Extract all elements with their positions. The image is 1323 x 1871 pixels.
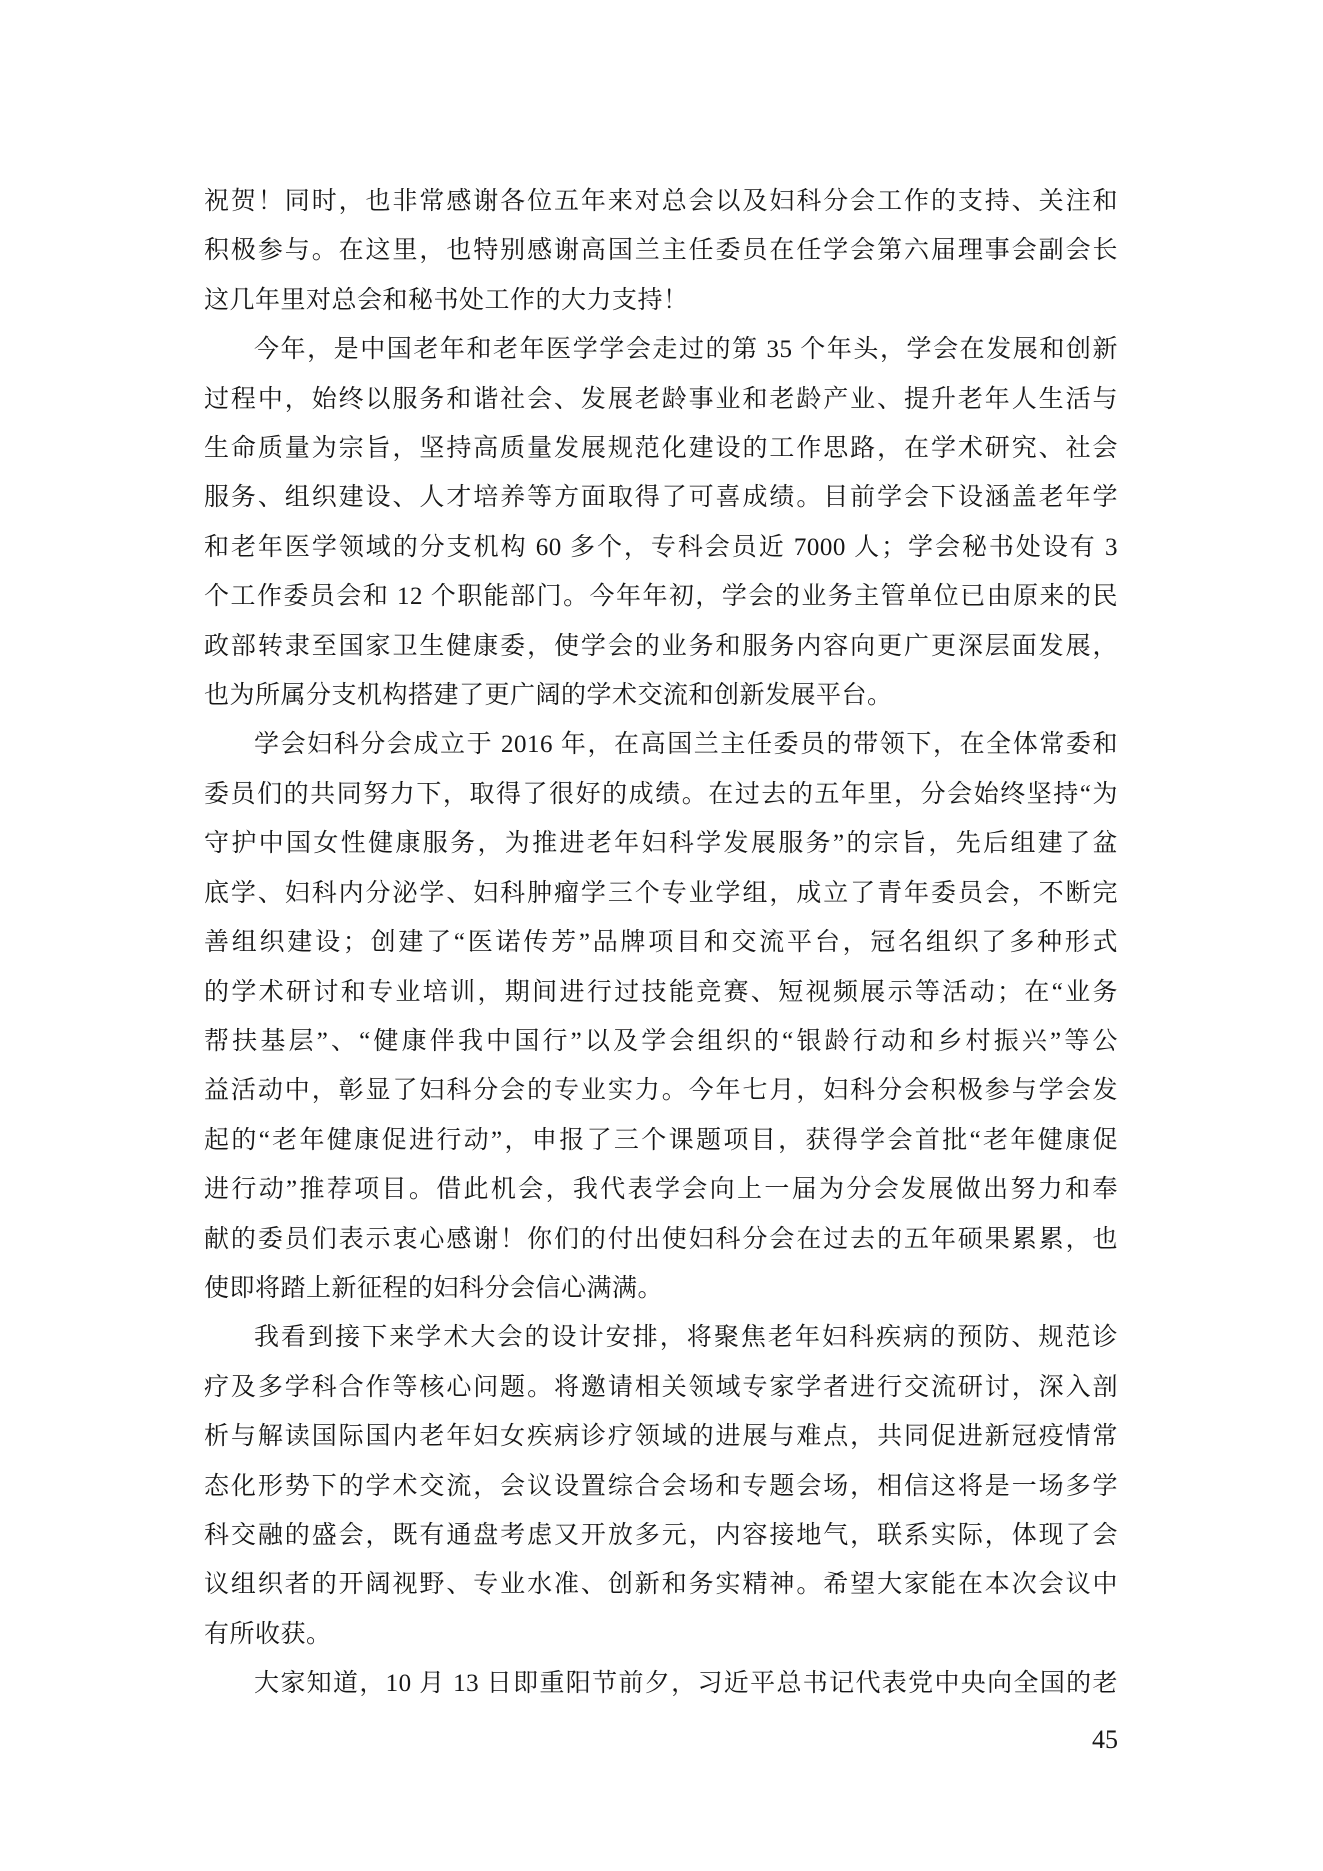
text-line: 生命质量为宗旨，坚持高质量发展规范化建设的工作思路，在学术研究、社会 bbox=[204, 424, 1118, 473]
text-line: 的学术研讨和专业培训，期间进行过技能竞赛、短视频展示等活动；在“业务 bbox=[204, 968, 1118, 1017]
text-line: 和老年医学领域的分支机构 60 多个，专科会员近 7000 人；学会秘书处设有 … bbox=[204, 523, 1118, 572]
text-line: 疗及多学科合作等核心问题。将邀请相关领域专家学者进行交流研讨，深入剖 bbox=[204, 1363, 1118, 1412]
text-line: 过程中，始终以服务和谐社会、发展老龄事业和老龄产业、提升老年人生活与 bbox=[204, 375, 1118, 424]
text-line: 科交融的盛会，既有通盘考虑又开放多元，内容接地气，联系实际，体现了会 bbox=[204, 1511, 1118, 1560]
text-line: 有所收获。 bbox=[204, 1610, 1118, 1659]
text-line: 积极参与。在这里，也特别感谢高国兰主任委员在任学会第六届理事会副会长 bbox=[204, 226, 1118, 275]
text-line: 进行动”推荐项目。借此机会，我代表学会向上一届为分会发展做出努力和奉 bbox=[204, 1165, 1118, 1214]
text-line: 议组织者的开阔视野、专业水准、创新和务实精神。希望大家能在本次会议中 bbox=[204, 1560, 1118, 1609]
text-line: 善组织建设；创建了“医诺传芳”品牌项目和交流平台，冠名组织了多种形式 bbox=[204, 918, 1118, 967]
document-body: 祝贺！同时，也非常感谢各位五年来对总会以及妇科分会工作的支持、关注和积极参与。在… bbox=[204, 177, 1118, 1709]
text-line: 政部转隶至国家卫生健康委，使学会的业务和服务内容向更广更深层面发展， bbox=[204, 622, 1118, 671]
text-line: 服务、组织建设、人才培养等方面取得了可喜成绩。目前学会下设涵盖老年学 bbox=[204, 473, 1118, 522]
text-line: 态化形势下的学术交流，会议设置综合会场和专题会场，相信这将是一场多学 bbox=[204, 1462, 1118, 1511]
text-line: 大家知道，10 月 13 日即重阳节前夕，习近平总书记代表党中央向全国的老 bbox=[204, 1659, 1118, 1708]
text-line: 献的委员们表示衷心感谢！你们的付出使妇科分会在过去的五年硕果累累，也 bbox=[204, 1215, 1118, 1264]
text-line: 学会妇科分会成立于 2016 年，在高国兰主任委员的带领下，在全体常委和 bbox=[204, 720, 1118, 769]
text-line: 底学、妇科内分泌学、妇科肿瘤学三个专业学组，成立了青年委员会，不断完 bbox=[204, 869, 1118, 918]
text-line: 这几年里对总会和秘书处工作的大力支持！ bbox=[204, 276, 1118, 325]
document-page: 祝贺！同时，也非常感谢各位五年来对总会以及妇科分会工作的支持、关注和积极参与。在… bbox=[0, 0, 1323, 1871]
page-number: 45 bbox=[1092, 1722, 1118, 1758]
text-line: 委员们的共同努力下，取得了很好的成绩。在过去的五年里，分会始终坚持“为 bbox=[204, 770, 1118, 819]
text-line: 益活动中，彰显了妇科分会的专业实力。今年七月，妇科分会积极参与学会发 bbox=[204, 1066, 1118, 1115]
text-line: 祝贺！同时，也非常感谢各位五年来对总会以及妇科分会工作的支持、关注和 bbox=[204, 177, 1118, 226]
text-line: 析与解读国际国内老年妇女疾病诊疗领域的进展与难点，共同促进新冠疫情常 bbox=[204, 1412, 1118, 1461]
text-line: 我看到接下来学术大会的设计安排，将聚焦老年妇科疾病的预防、规范诊 bbox=[204, 1313, 1118, 1362]
text-line: 也为所属分支机构搭建了更广阔的学术交流和创新发展平台。 bbox=[204, 671, 1118, 720]
text-line: 个工作委员会和 12 个职能部门。今年年初，学会的业务主管单位已由原来的民 bbox=[204, 572, 1118, 621]
text-line: 守护中国女性健康服务，为推进老年妇科学发展服务”的宗旨，先后组建了盆 bbox=[204, 819, 1118, 868]
text-line: 帮扶基层”、“健康伴我中国行”以及学会组织的“银龄行动和乡村振兴”等公 bbox=[204, 1017, 1118, 1066]
text-line: 起的“老年健康促进行动”，申报了三个课题项目，获得学会首批“老年健康促 bbox=[204, 1116, 1118, 1165]
text-line: 使即将踏上新征程的妇科分会信心满满。 bbox=[204, 1264, 1118, 1313]
text-line: 今年，是中国老年和老年医学学会走过的第 35 个年头，学会在发展和创新 bbox=[204, 325, 1118, 374]
